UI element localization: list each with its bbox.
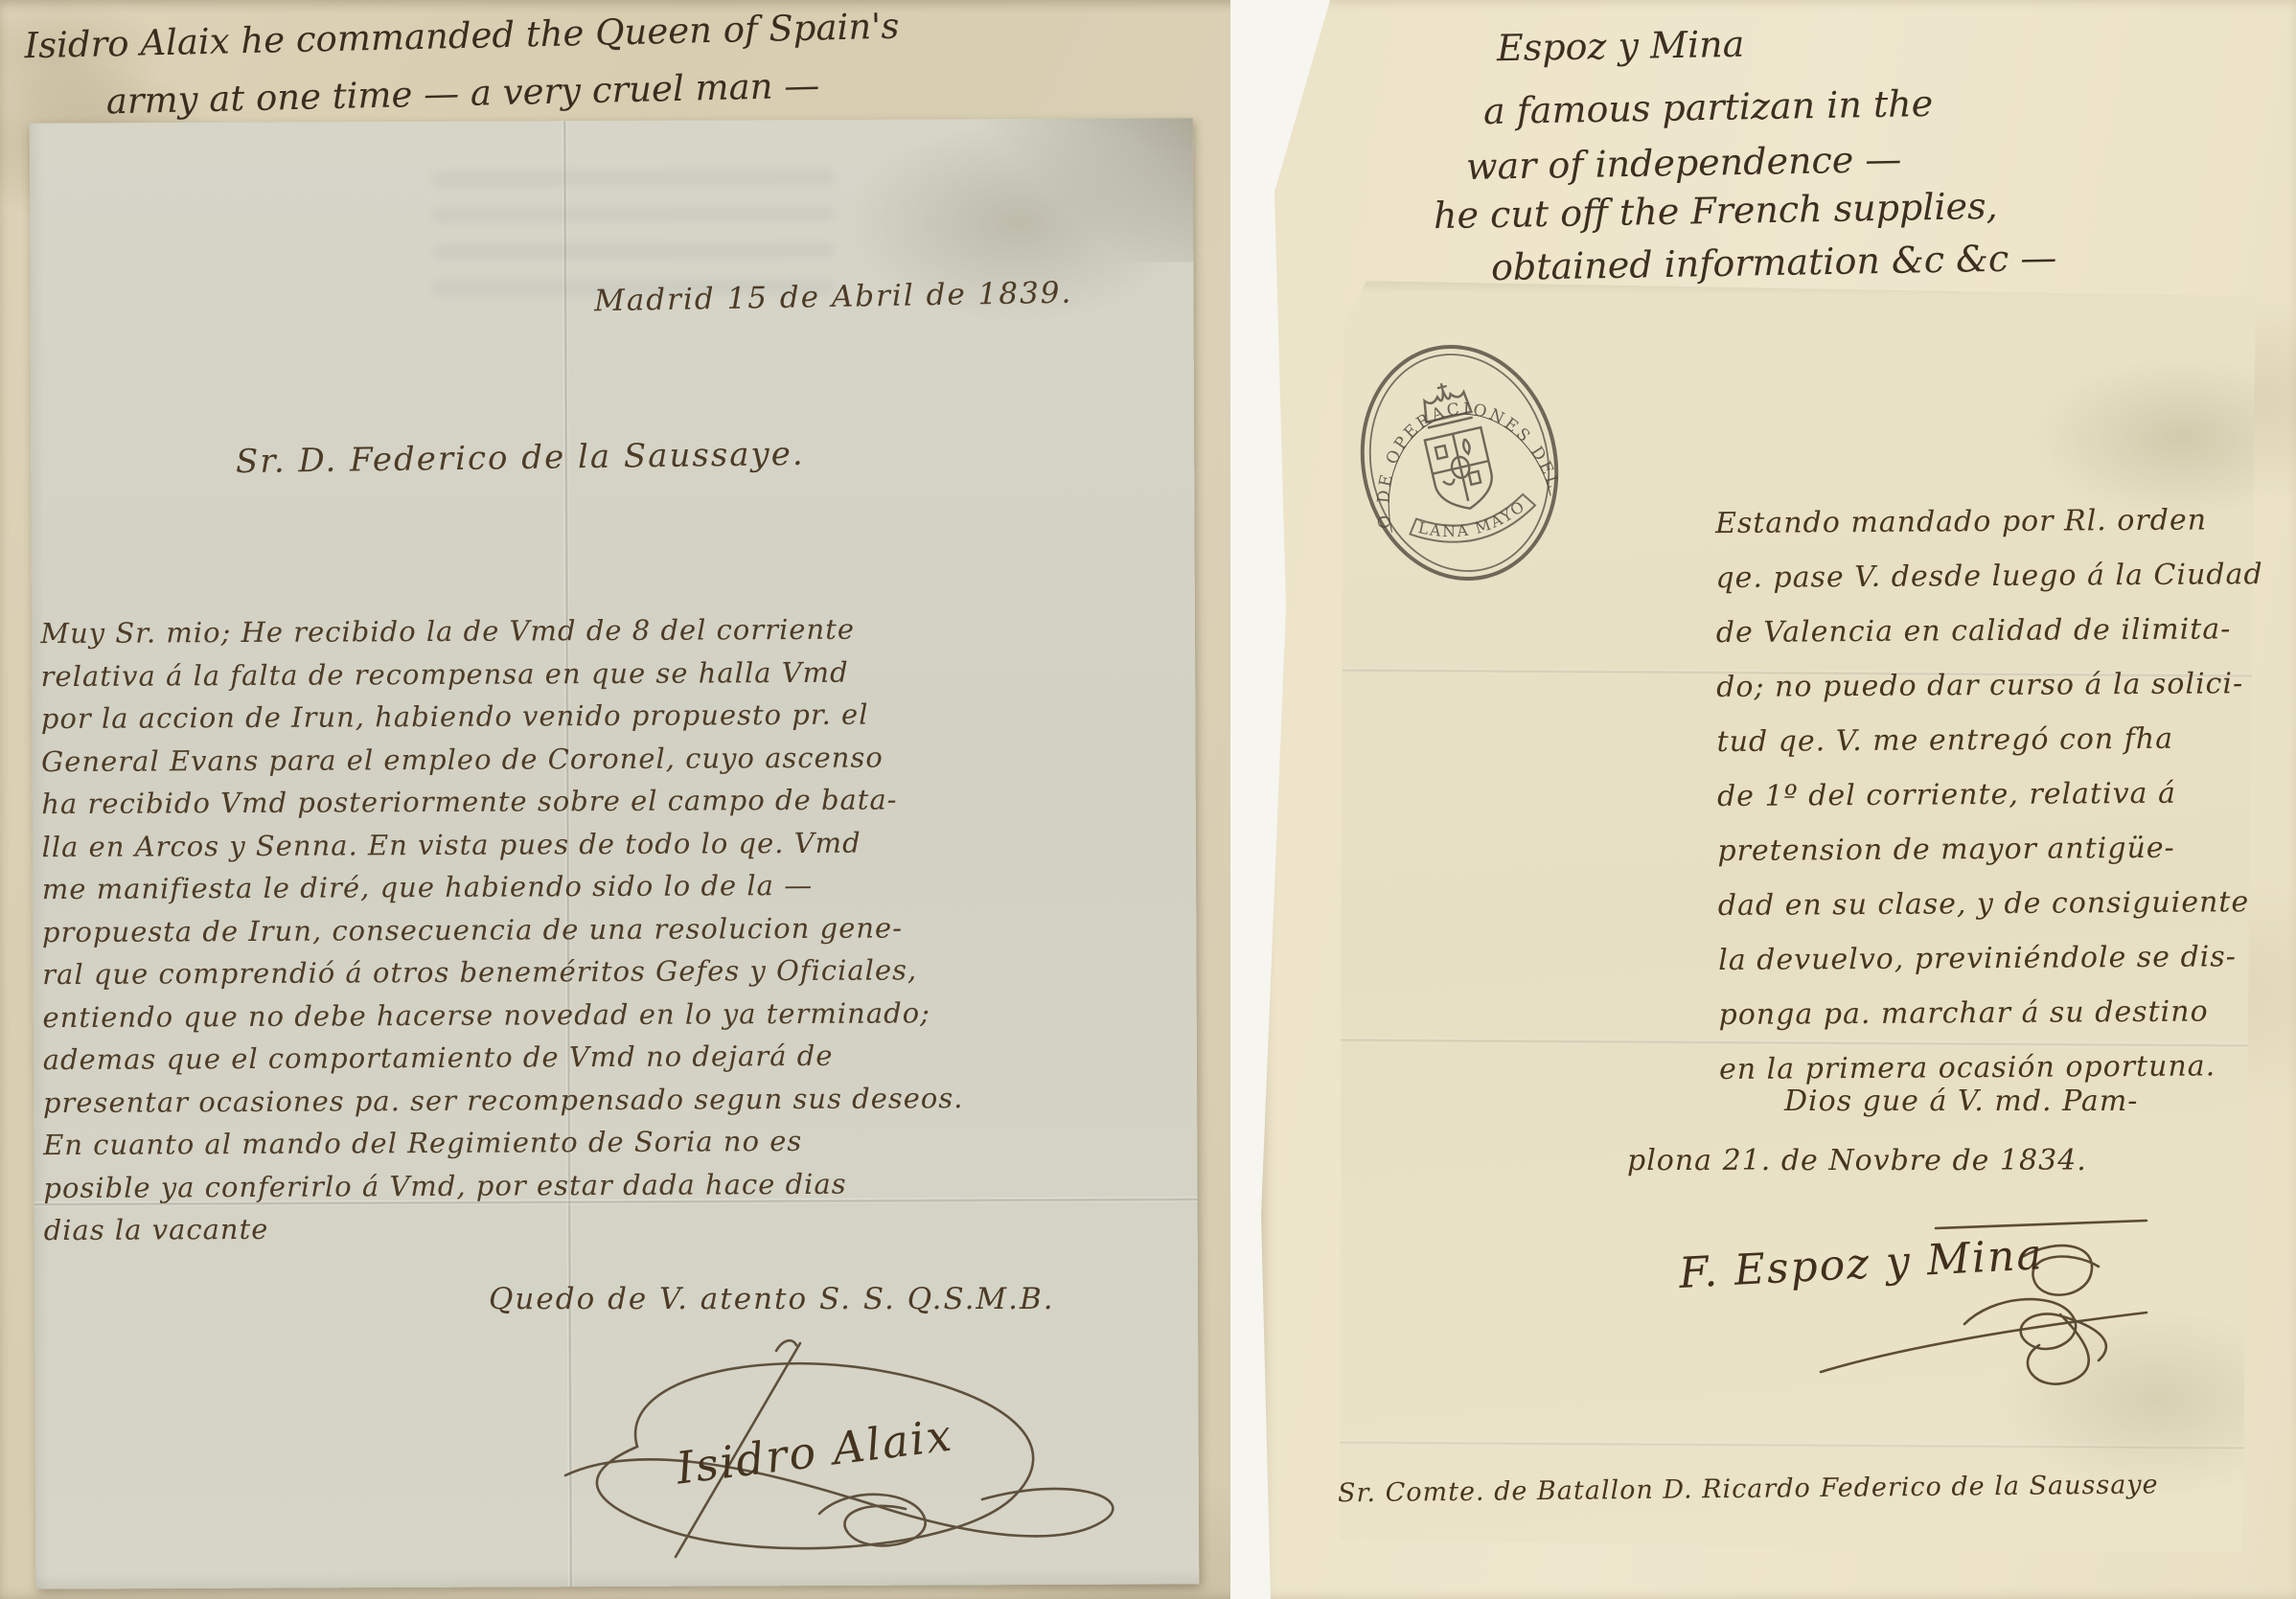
right-letter-body-line: tud qe. V. me entregó con fha	[1716, 711, 2282, 769]
right-valediction-line1: Dios gue á V. md. Pam-	[1784, 1085, 2138, 1118]
left-letter-salutation: Sr. D. Federico de la Saussaye.	[236, 435, 805, 481]
right-signature-block: F. Espoz y Mina	[1648, 1199, 2185, 1410]
right-letter-body-line: do; no puedo dar curso á la solici-	[1716, 656, 2282, 715]
right-annotation-line1: Espoz y Mina	[1497, 23, 1745, 70]
left-letter-body-line: ha recibido Vmd posteriormente sobre el …	[41, 777, 1182, 826]
left-letter-body-line: entiendo que no debe hacerse novedad en …	[42, 990, 1182, 1039]
left-letter-body-line: posible ya conferirlo á Vmd, por estar d…	[43, 1160, 1183, 1209]
corner-fold-shading	[973, 118, 1194, 263]
left-letter-body-line: relativa á la falta de recompensa en que…	[40, 649, 1181, 697]
left-letter-body-line: presentar ocasiones pa. ser recompensado…	[43, 1075, 1183, 1124]
left-letter-body-line: ral que comprendió á otros beneméritos G…	[42, 948, 1182, 996]
left-letter-body-line: propuesta de Irun, consecuencia de una r…	[42, 904, 1182, 953]
fold-crease-horizontal	[1337, 1440, 2249, 1451]
right-annotation-line2: a famous partizan in the	[1483, 82, 1934, 132]
left-letter-body-line: por la accion de Irun, habiendo venido p…	[41, 692, 1182, 741]
right-letter-body-line: dad en su clase, y de consiguiente	[1718, 875, 2284, 933]
right-letter-body-line: de Valencia en calidad de ilimita-	[1716, 602, 2282, 660]
left-letter-body-line: lla en Arcos y Senna. En vista pues de t…	[41, 819, 1182, 868]
left-letter-closing: Quedo de V. atento S. S. Q.S.M.B.	[489, 1282, 1055, 1316]
signature-flourish-icon	[1648, 1199, 2185, 1410]
right-letter-body-line: la devuelvo, previniéndole se dis-	[1718, 929, 2284, 988]
left-letter-body-line: En cuanto al mando del Regimiento de Sor…	[43, 1118, 1183, 1167]
left-outer-sheet: Isidro Alaix he commanded the Queen of S…	[0, 0, 1248, 1599]
right-letter-body-line: ponga pa. marchar á su destino	[1718, 984, 2284, 1042]
left-letter-body: Muy Sr. mio; He recibido la de Vmd de 8 …	[40, 606, 1183, 1252]
left-signature-block: Isidro Alaix	[532, 1332, 1145, 1571]
left-letter-body-line: Muy Sr. mio; He recibido la de Vmd de 8 …	[40, 606, 1181, 655]
left-letter-body-line: General Evans para el empleo de Coronel,…	[41, 734, 1182, 783]
left-letter-body-line: me manifiesta le diré, que habiendo sido…	[42, 862, 1182, 911]
right-annotation-line3: war of independence —	[1466, 138, 1902, 188]
right-letter-body-line: de 1º del corriente, relativa á	[1717, 765, 2283, 824]
right-letter-body: Estando mandado por Rl. ordenqe. pase V.…	[1715, 492, 2285, 1097]
right-letter-body-line: pretension de mayor antigüe-	[1717, 820, 2283, 879]
right-letter-body-line: qe. pase V. desde luego á la Ciudad	[1715, 547, 2281, 605]
left-letter-body-line: dias la vacante	[44, 1203, 1184, 1252]
right-valediction-line2: plona 21. de Novbre de 1834.	[1627, 1144, 2087, 1177]
left-letter-body-line: ademas que el comportamiento de Vmd no d…	[43, 1033, 1183, 1082]
right-letter-body-line: Estando mandado por Rl. orden	[1715, 492, 2281, 551]
left-annotation: Isidro Alaix he commanded the Queen of S…	[24, 0, 1233, 132]
shield-icon	[1425, 427, 1498, 514]
